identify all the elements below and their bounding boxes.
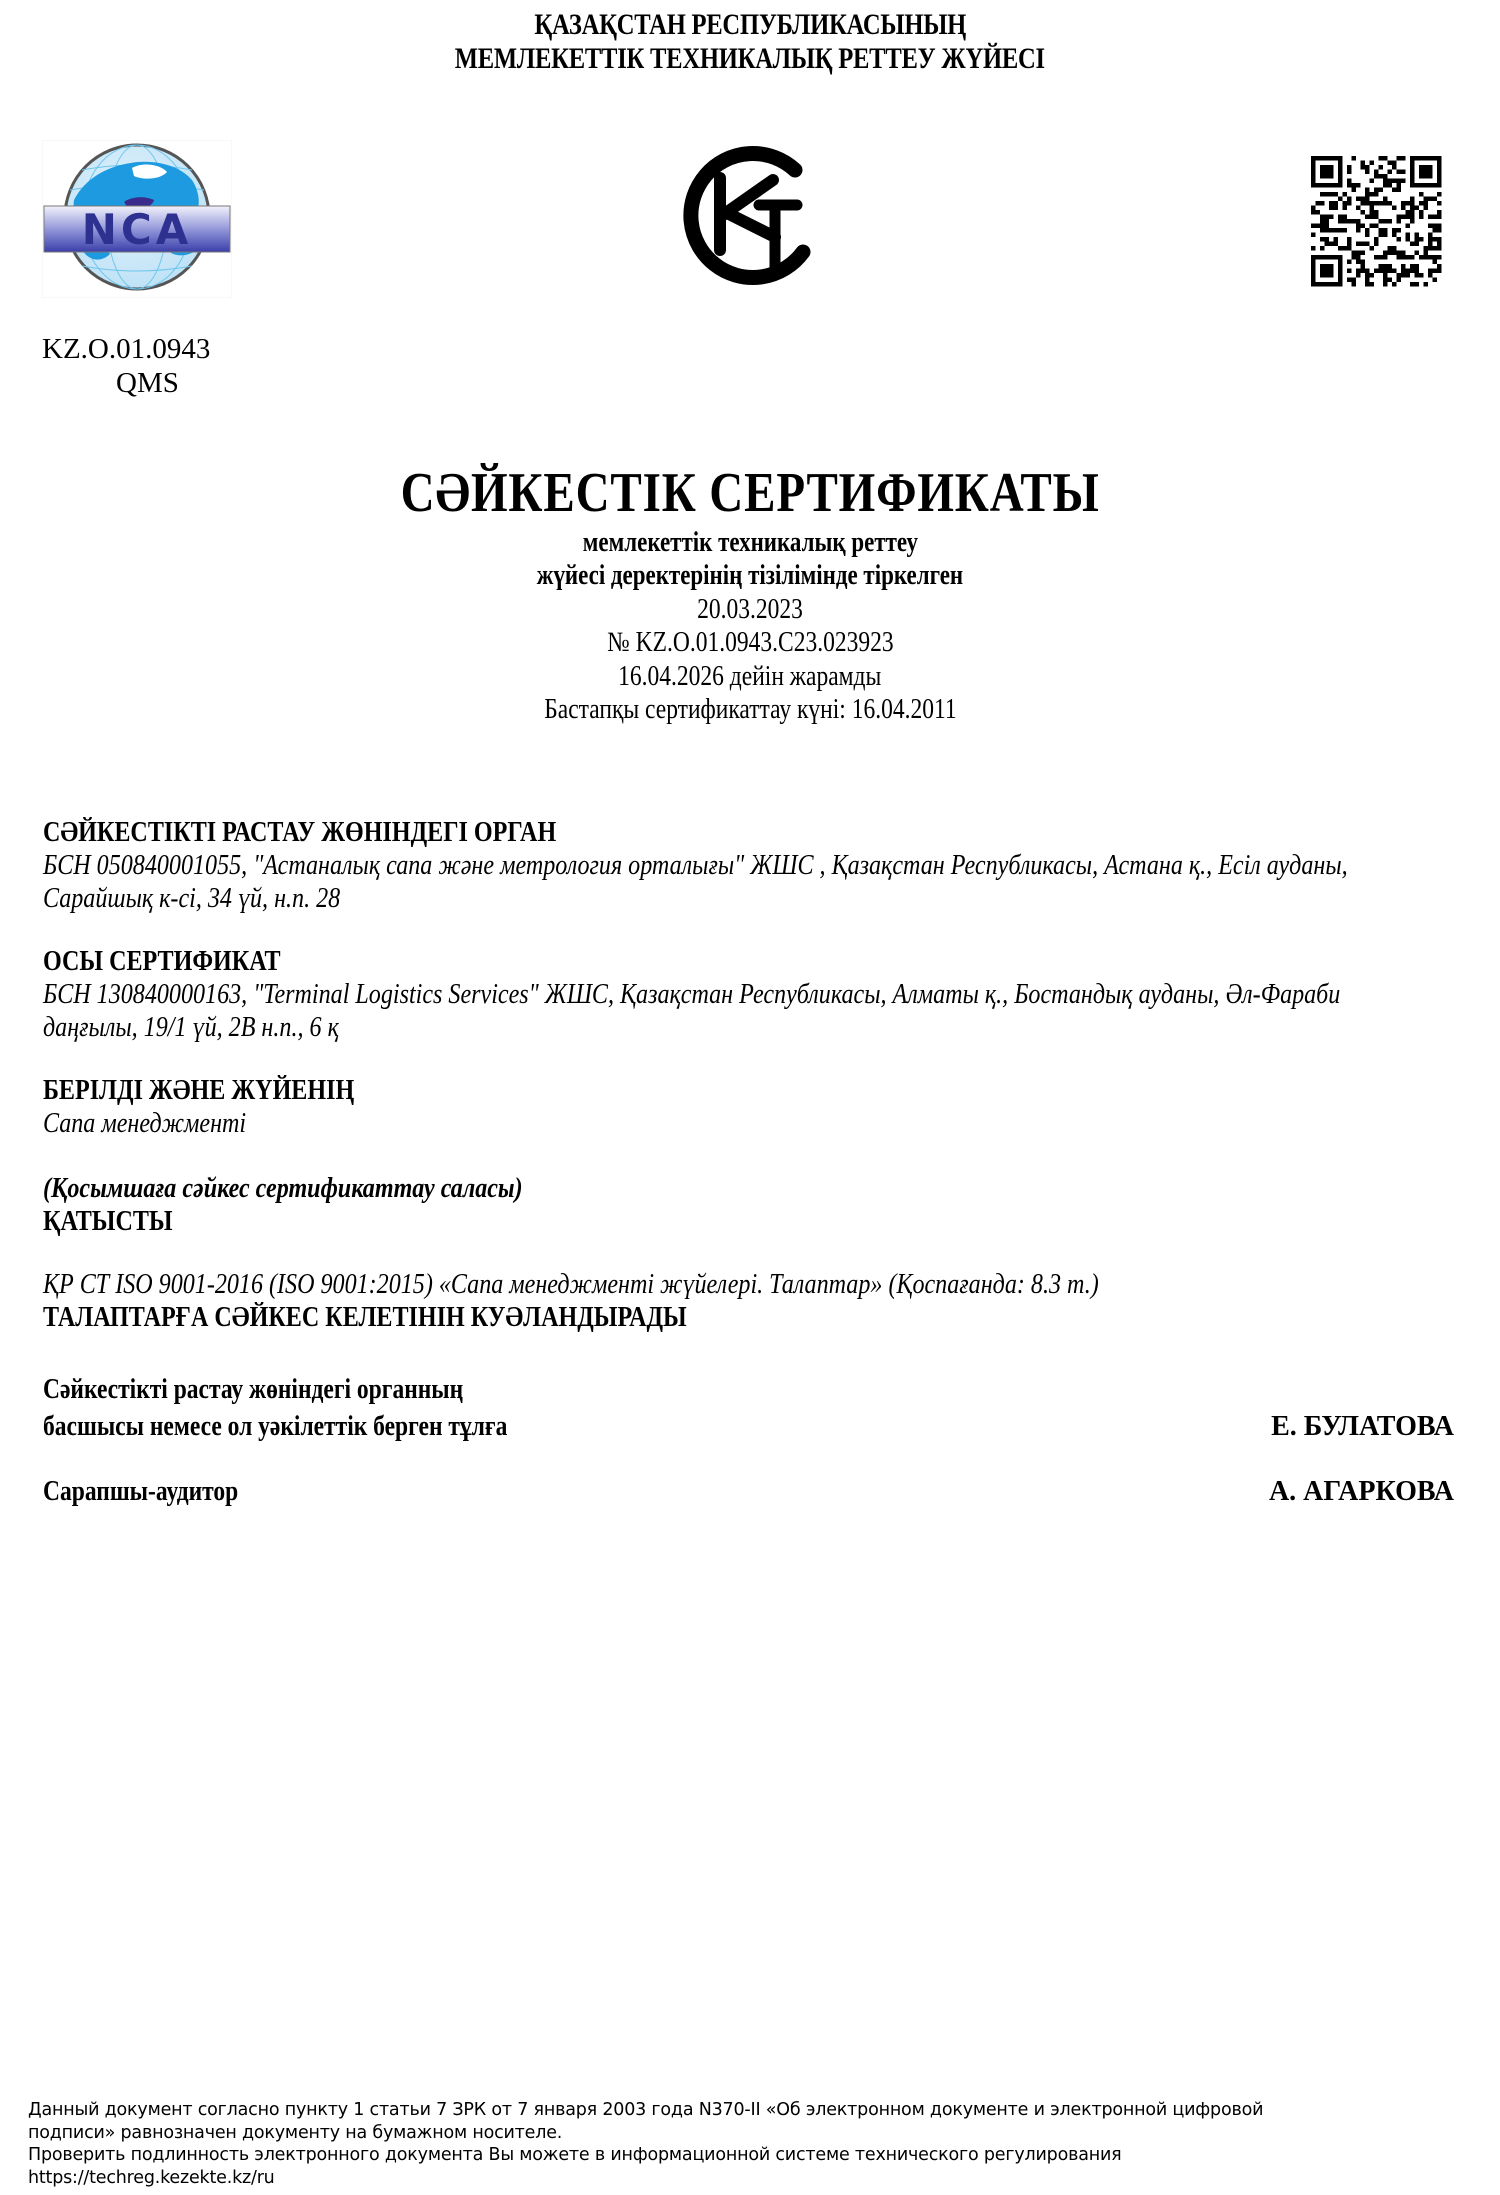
certification-body-heading: СӘЙКЕСТІКТІ РАСТАУ ЖӨНІНДЕГІ ОРГАН [43,816,1264,849]
scope-note: (Қосымшаға сәйкес сертификаттау саласы) [43,1172,1264,1205]
certificate-title: СӘЙКЕСТІК СЕРТИФИКАТЫ [0,462,1500,524]
system-heading: БЕРІЛДІ ЖӘНЕ ЖҮЙЕНІҢ [43,1074,1264,1107]
registered-date: 20.03.2023 [0,593,1500,627]
svg-text:NCA: NCA [82,205,192,254]
footer-verification-link[interactable]: https://techreg.kezekte.kz/ru [28,2167,1478,2190]
title-subtitle-2: жүйесі деректерінің тізілімінде тіркелге… [0,559,1500,593]
footer-line-3: Проверить подлинность электронного докум… [28,2144,1478,2167]
footer-notice: Данный документ согласно пункту 1 статьи… [28,2099,1478,2189]
system-text: Сапа менеджменті [43,1107,1264,1140]
qr-code-icon[interactable] [1296,140,1452,300]
kt-conformity-mark-icon [675,140,820,300]
nca-logo-icon: NCA [42,140,232,298]
footer-line-1: Данный документ согласно пункту 1 статьи… [28,2099,1478,2122]
initial-certification-date: Бастапқы сертификаттау күні: 16.04.2011 [0,693,1500,727]
header-line-1: ҚАЗАҚСТАН РЕСПУБЛИКАСЫНЫҢ [0,8,1500,42]
certification-body-text: БСН 050840001055, "Астаналық сапа және м… [43,849,1462,915]
valid-until: 16.04.2026 дейін жарамды [0,660,1500,694]
title-subtitle-1: мемлекеттік техникалық реттеу [0,526,1500,560]
scope-heading: ҚАТЫСТЫ [43,1205,1264,1238]
auditor-label: Сарапшы-аудитор [43,1475,1236,1508]
head-signatory-name: Е. БУЛАТОВА [1271,1410,1454,1443]
head-signatory-label-2: басшысы немесе ол уәкілеттік берген тұлғ… [43,1410,1236,1443]
accreditation-code: KZ.O.01.0943 [42,333,210,366]
accreditation-type: QMS [116,367,179,400]
footer-line-2: подписи» равнозначен документу на бумажн… [28,2122,1478,2145]
auditor-name: А. АГАРКОВА [1269,1475,1454,1508]
header-line-2: МЕМЛЕКЕТТІК ТЕХНИКАЛЫҚ РЕТТЕУ ЖҮЙЕСІ [0,42,1500,76]
standard-text: ҚР СТ ISO 9001-2016 (ISO 9001:2015) «Сап… [43,1268,1500,1301]
head-signatory-label-1: Сәйкестікті растау жөніндегі органның [43,1373,1236,1406]
standard-heading: ТАЛАПТАРҒА СӘЙКЕС КЕЛЕТІНІН КУӘЛАНДЫРАДЫ [43,1301,1500,1334]
holder-heading: ОСЫ СЕРТИФИКАТ [43,945,1264,978]
holder-text: БСН 130840000163, "Terminal Logistics Se… [43,978,1419,1044]
certificate-number: № KZ.O.01.0943.C23.023923 [0,626,1500,660]
